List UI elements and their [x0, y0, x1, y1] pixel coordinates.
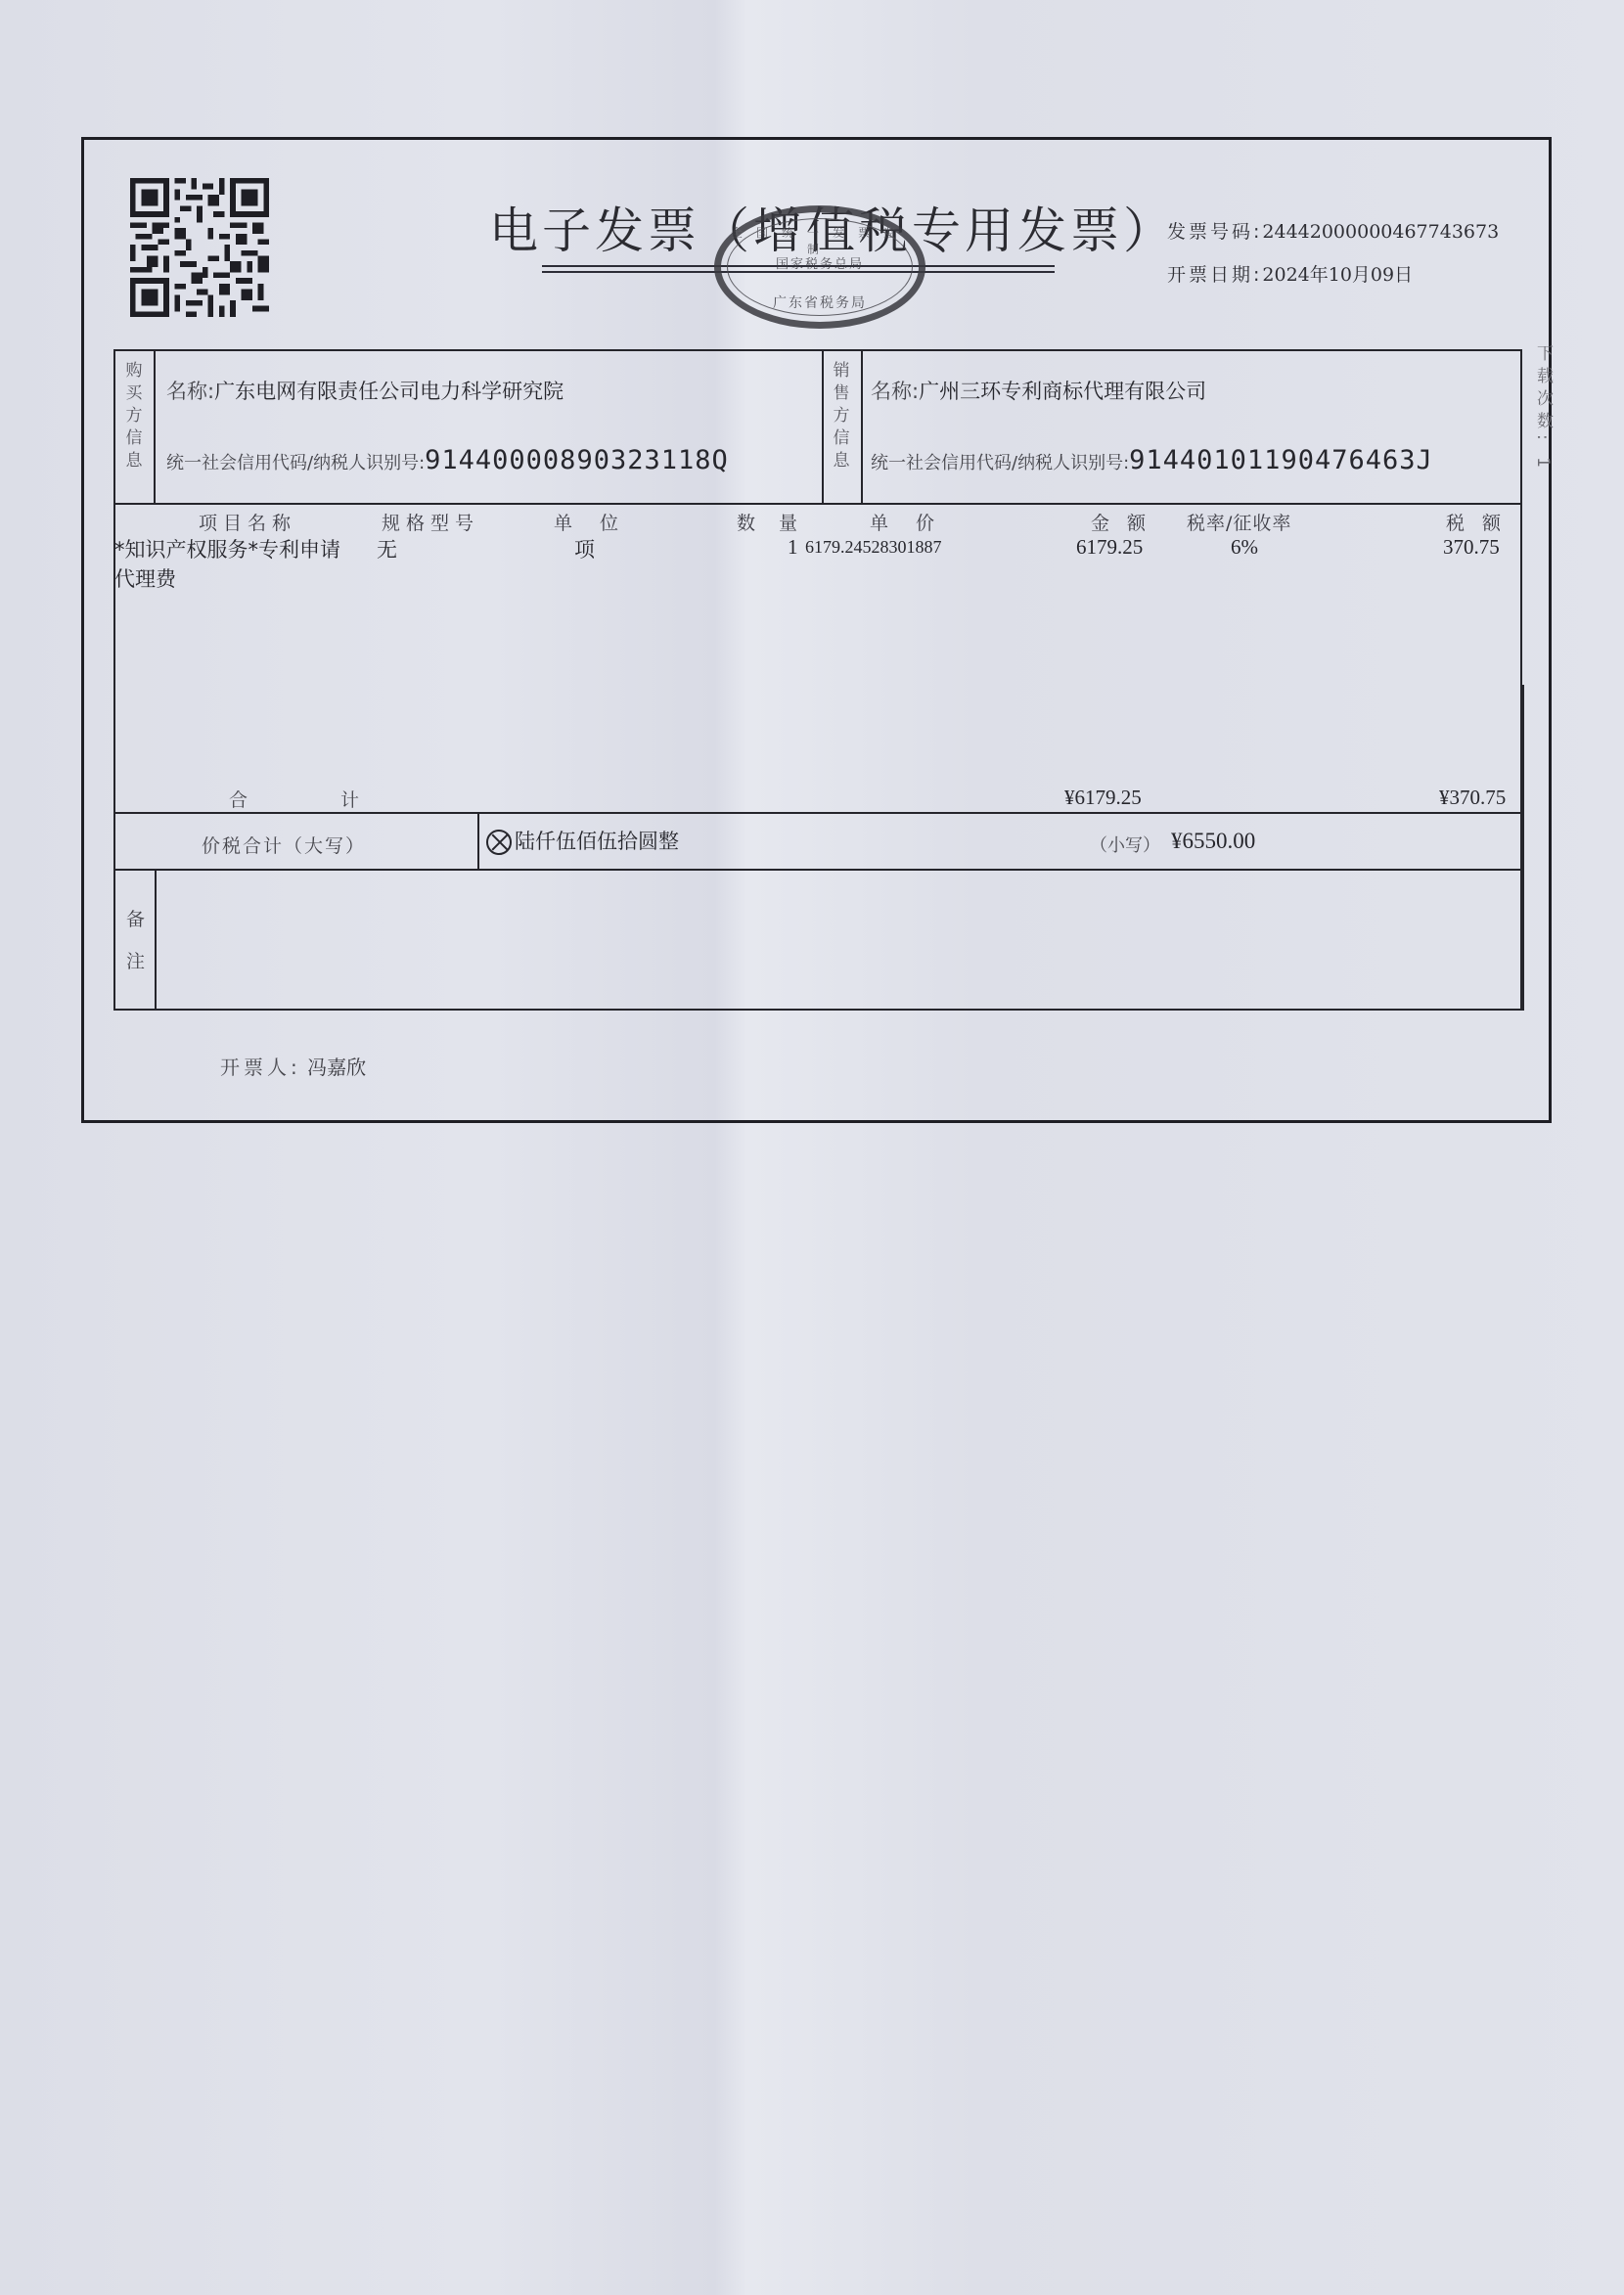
divider: [113, 869, 1522, 871]
grand-total-in-words: 陆仟伍佰伍拾圆整: [486, 826, 679, 855]
divider: [113, 503, 1522, 505]
grand-total-in-words-value: 陆仟伍佰伍拾圆整: [515, 830, 679, 853]
grand-total-label: 价税合计（大写）: [202, 832, 366, 858]
seller-tax-id-value: 91440101190476463J: [1129, 445, 1433, 475]
buyer-tax-id-value: 91440000890323118Q: [425, 445, 729, 475]
item-name-line2: 代理费: [114, 563, 176, 593]
download-count-note: 下载次数: 1: [1534, 344, 1556, 473]
total-label-2: 计: [340, 786, 359, 812]
qr-code-icon: [130, 178, 269, 317]
invoice-number-value: 24442000000467743673: [1262, 221, 1499, 243]
item-tax: 370.75: [1443, 535, 1500, 560]
remarks-label-2: 注: [126, 947, 145, 973]
seller-name-label: 名称:: [871, 380, 919, 403]
issuer: 开票人: 冯嘉欣: [220, 1052, 366, 1080]
x-circle-icon: [486, 830, 512, 855]
remarks-label-1: 备: [126, 905, 145, 931]
divider: [477, 812, 479, 869]
buyer-name-label: 名称:: [166, 380, 214, 403]
total-amount: ¥6179.25: [1064, 786, 1142, 810]
tax-bureau-stamp: 全国统一发票监制 国家税务总局 广东省税务局: [714, 205, 925, 329]
divider: [154, 349, 156, 504]
col-header-unit-price: 单价: [870, 509, 962, 535]
buyer-name: 名称:广东电网有限责任公司电力科学研究院: [166, 376, 564, 405]
seller-name: 名称:广州三环专利商标代理有限公司: [871, 376, 1206, 405]
seller-tax-id: 统一社会信用代码/纳税人识别号:91440101190476463J: [871, 445, 1433, 475]
issuer-label: 开票人:: [220, 1056, 301, 1079]
col-header-item-name: 项目名称: [199, 509, 296, 535]
grand-total-small-label: （小写）: [1090, 832, 1160, 857]
invoice-date-label: 开票日期:: [1167, 264, 1262, 286]
item-unit: 项: [574, 534, 595, 563]
divider: [822, 349, 824, 504]
divider: [113, 812, 1522, 814]
stamp-top-text: 全国统一发票监制: [721, 224, 919, 257]
divider: [1520, 685, 1524, 1011]
invoice-number-label: 发票号码:: [1167, 221, 1262, 243]
item-tax-rate: 6%: [1231, 535, 1258, 560]
issuer-name: 冯嘉欣: [307, 1056, 366, 1079]
invoice-number: 发票号码:24442000000467743673: [1167, 217, 1499, 244]
item-amount: 6179.25: [1076, 535, 1143, 560]
buyer-section-label: 购买方信息: [120, 360, 148, 472]
item-name-line1: *知识产权服务*专利申请: [114, 534, 340, 563]
col-header-tax: 税额: [1446, 509, 1518, 535]
item-spec: 无: [377, 534, 397, 563]
seller-tax-id-label: 统一社会信用代码/纳税人识别号:: [871, 453, 1129, 473]
divider: [155, 869, 157, 1011]
col-header-tax-rate: 税率/征收率: [1187, 509, 1291, 535]
stamp-middle-text: 国家税务总局: [721, 253, 919, 272]
divider: [861, 349, 863, 504]
col-header-quantity: 数量: [737, 509, 821, 535]
grand-total-in-figures: ¥6550.00: [1171, 829, 1255, 854]
seller-section-label: 销售方信息: [827, 360, 856, 472]
buyer-name-value: 广东电网有限责任公司电力科学研究院: [214, 380, 564, 403]
total-label-1: 合: [229, 786, 248, 812]
total-tax: ¥370.75: [1439, 786, 1506, 810]
invoice-date-value: 2024年10月09日: [1262, 264, 1413, 286]
stamp-bottom-text: 广东省税务局: [721, 292, 919, 312]
col-header-spec: 规格型号: [382, 509, 479, 535]
col-header-unit: 单位: [554, 509, 646, 535]
invoice-date: 开票日期:2024年10月09日: [1167, 260, 1413, 287]
buyer-tax-id: 统一社会信用代码/纳税人识别号:91440000890323118Q: [166, 445, 729, 475]
buyer-tax-id-label: 统一社会信用代码/纳税人识别号:: [166, 453, 425, 473]
item-quantity: 1: [788, 535, 798, 560]
seller-name-value: 广州三环专利商标代理有限公司: [919, 380, 1206, 403]
item-unit-price: 6179.24528301887: [805, 537, 942, 558]
col-header-amount: 金额: [1091, 509, 1163, 535]
